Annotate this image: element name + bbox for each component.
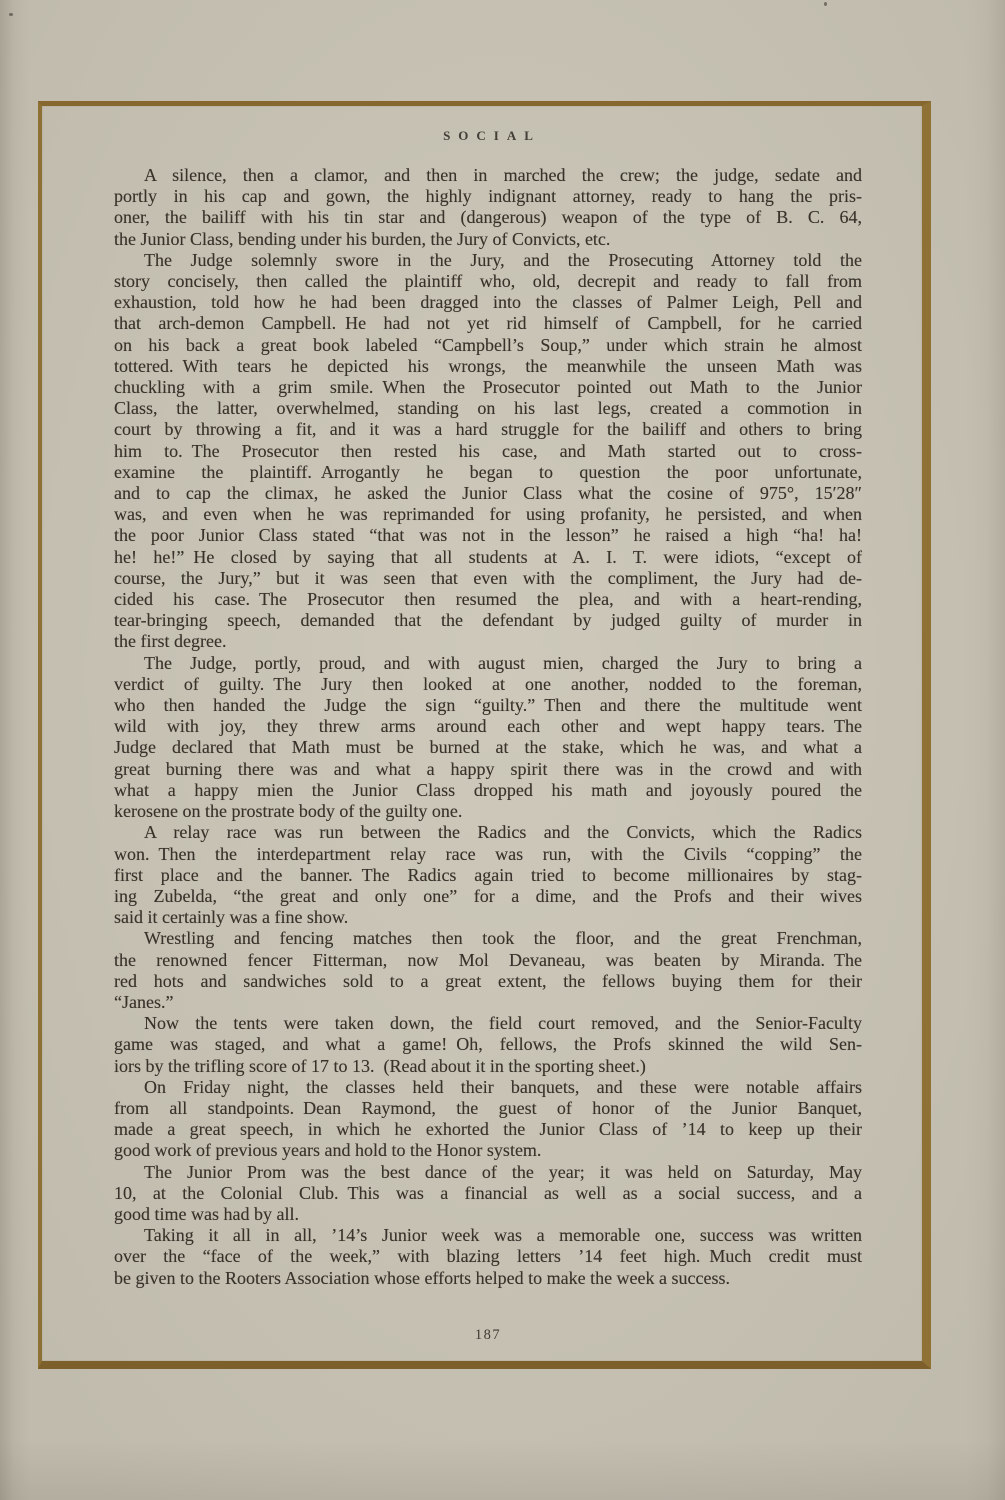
paragraph: Now the tents were taken down, the field…	[114, 1013, 862, 1077]
text-line: wild with joy, they threw arms around ea…	[114, 716, 862, 737]
text-line: made a great speech, in which he exhorte…	[114, 1119, 862, 1140]
body-text: A silence, then a clamor, and then in ma…	[114, 165, 862, 1289]
paragraph: A silence, then a clamor, and then in ma…	[114, 165, 862, 250]
text-line: iors by the trifling score of 17 to 13. …	[114, 1056, 862, 1077]
text-line: Class, the latter, overwhelmed, standing…	[114, 398, 862, 419]
paragraph: The Judge, portly, proud, and with augus…	[114, 653, 862, 823]
page-number: 187	[114, 1327, 862, 1344]
text-line: the poor Junior Class stated “that was n…	[114, 525, 862, 546]
text-line: the Junior Class, bending under his burd…	[114, 229, 862, 250]
text-line: red hots and sandwiches sold to a great …	[114, 971, 862, 992]
text-line: court by throwing a fit, and it was a ha…	[114, 419, 862, 440]
text-line: cided his case. The Prosecutor then resu…	[114, 589, 862, 610]
text-line: Judge declared that Math must be burned …	[114, 737, 862, 758]
text-line: and to cap the climax, he asked the Juni…	[114, 483, 862, 504]
text-line: tear-bringing speech, demanded that the …	[114, 610, 862, 631]
text-line: what a happy mien the Junior Class dropp…	[114, 780, 862, 801]
paragraph: Wrestling and fencing matches then took …	[114, 928, 862, 1013]
text-line: won. Then the interdepartment relay race…	[114, 844, 862, 865]
text-line: be given to the Rooters Association whos…	[114, 1268, 862, 1289]
text-line: course, the Jury,” but it was seen that …	[114, 568, 862, 589]
text-line: oner, the bailiff with his tin star and …	[114, 207, 862, 228]
text-line: Taking it all in all, ’14’s Junior week …	[114, 1225, 862, 1246]
text-line: tottered. With tears he depicted his wro…	[114, 356, 862, 377]
text-line: Wrestling and fencing matches then took …	[114, 928, 862, 949]
page-header: SOCIAL	[114, 128, 862, 144]
paragraph: The Junior Prom was the best dance of th…	[114, 1162, 862, 1226]
text-line: Now the tents were taken down, the field…	[114, 1013, 862, 1034]
text-line: The Judge solemnly swore in the Jury, an…	[114, 250, 862, 271]
text-line: game was staged, and what a game! Oh, fe…	[114, 1034, 862, 1055]
text-line: ing Zubelda, “the great and only one” fo…	[114, 886, 862, 907]
text-line: “Janes.”	[114, 992, 862, 1013]
text-line: story concisely, then called the plainti…	[114, 271, 862, 292]
text-line: the renowned fencer Fitterman, now Mol D…	[114, 950, 862, 971]
scanned-page: SOCIAL A silence, then a clamor, and the…	[0, 0, 1005, 1500]
text-line: first place and the banner. The Radics a…	[114, 865, 862, 886]
scan-speck	[824, 2, 827, 6]
text-line: he! he!” He closed by saying that all st…	[114, 547, 862, 568]
scan-speck	[9, 13, 13, 16]
text-line: A relay race was run between the Radics …	[114, 822, 862, 843]
text-line: that arch-demon Campbell. He had not yet…	[114, 313, 862, 334]
text-line: good work of previous years and hold to …	[114, 1140, 862, 1161]
text-line: examine the plaintiff. Arrogantly he beg…	[114, 462, 862, 483]
paragraph: The Judge solemnly swore in the Jury, an…	[114, 250, 862, 653]
text-line: 10, at the Colonial Club. This was a fin…	[114, 1183, 862, 1204]
text-line: On Friday night, the classes held their …	[114, 1077, 862, 1098]
text-line: from all standpoints. Dean Raymond, the …	[114, 1098, 862, 1119]
text-line: who then handed the Judge the sign “guil…	[114, 695, 862, 716]
text-line: great burning there was and what a happy…	[114, 759, 862, 780]
text-line: said it certainly was a fine show.	[114, 907, 862, 928]
text-line: over the “face of the week,” with blazin…	[114, 1246, 862, 1267]
text-line: chuckling with a grim smile. When the Pr…	[114, 377, 862, 398]
text-line: verdict of guilty. The Jury then looked …	[114, 674, 862, 695]
text-line: A silence, then a clamor, and then in ma…	[114, 165, 862, 186]
text-line: good time was had by all.	[114, 1204, 862, 1225]
paragraph: A relay race was run between the Radics …	[114, 822, 862, 928]
text-line: was, and even when he was reprimanded fo…	[114, 504, 862, 525]
text-line: The Junior Prom was the best dance of th…	[114, 1162, 862, 1183]
text-line: exhaustion, told how he had been dragged…	[114, 292, 862, 313]
text-line: him to. The Prosecutor then rested his c…	[114, 441, 862, 462]
paragraph: On Friday night, the classes held their …	[114, 1077, 862, 1162]
text-line: The Judge, portly, proud, and with augus…	[114, 653, 862, 674]
text-line: portly in his cap and gown, the highly i…	[114, 186, 862, 207]
text-line: on his back a great book labeled “Campbe…	[114, 335, 862, 356]
text-line: kerosene on the prostrate body of the gu…	[114, 801, 862, 822]
paragraph: Taking it all in all, ’14’s Junior week …	[114, 1225, 862, 1289]
text-line: the first degree.	[114, 631, 862, 652]
